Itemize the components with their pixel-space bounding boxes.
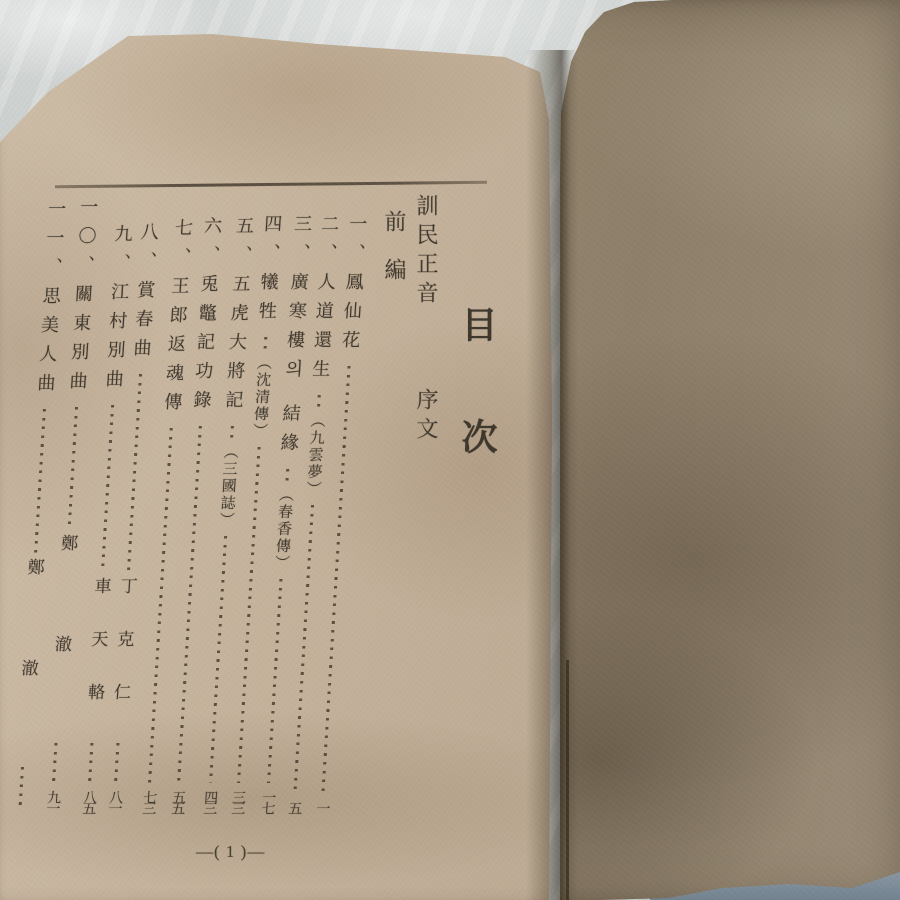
- entry-page-number: 五五: [166, 790, 187, 812]
- entry-page-number: 一七: [256, 790, 277, 812]
- dotted-leader: [263, 337, 267, 350]
- dotted-leader: [230, 426, 234, 439]
- entry-annotation: （九雲夢）: [302, 413, 328, 498]
- dotted-leader: [67, 407, 77, 529]
- entry-page-number: 四三: [198, 790, 219, 812]
- entry-annotation: （三國誌）: [215, 444, 241, 529]
- dotted-leader: [293, 505, 314, 794]
- entry-page-number: 八一: [103, 790, 124, 812]
- entry-title: 賞春曲: [127, 280, 158, 367]
- entry-number: 八、: [133, 222, 163, 280]
- dotted-leader: [100, 405, 113, 572]
- dotted-leader: [88, 743, 93, 783]
- entry-title: 兎鼈記功錄: [187, 274, 222, 419]
- dotted-leader: [18, 767, 23, 807]
- entry-number: 一一、: [38, 199, 69, 286]
- entry-number: 一、: [341, 214, 371, 272]
- entry-annotation: （沈清傳）: [249, 355, 275, 440]
- dotted-leader: [114, 743, 119, 783]
- entry-annotation: （春香傳）: [270, 487, 296, 572]
- entry-page-number: 五: [283, 801, 304, 812]
- entry-title: 思美人曲: [31, 286, 64, 402]
- entry-title: 鳳仙花: [336, 272, 367, 359]
- entry-page-number: 八五: [77, 790, 98, 812]
- dotted-leader: [267, 579, 283, 784]
- entry-number: 七、: [167, 218, 197, 276]
- entry-number: 四、: [256, 214, 286, 272]
- entry-number: 三、: [286, 214, 316, 272]
- entry-number: 六、: [196, 216, 226, 274]
- entry-page-number: 九一: [41, 790, 62, 812]
- book-photo: 目次 訓民正音 序文 前編 一、 鳳仙花 一 二、 人道還生 （九雲夢）: [0, 0, 900, 900]
- entry-title: 關東別曲: [63, 284, 96, 400]
- dotted-leader: [52, 743, 57, 783]
- entry-number: 二、: [313, 214, 343, 272]
- entry-page-number: 一: [311, 801, 332, 812]
- entry-page-number: 七三: [137, 790, 158, 812]
- toc-page-content: 目次 訓民正音 序文 前編 一、 鳳仙花 一 二、 人道還生 （九雲夢）: [0, 0, 900, 900]
- dotted-leader: [209, 536, 227, 783]
- dotted-leader: [34, 409, 46, 553]
- entry-number: 九、: [107, 224, 137, 282]
- footer-page-indicator: —( 1 )—: [196, 842, 265, 862]
- entry-title: 犧牲: [253, 272, 283, 330]
- dotted-leader: [316, 395, 320, 408]
- entry-number: 五、: [228, 216, 258, 274]
- toc-entries: 一、 鳳仙花 一 二、 人道還生 （九雲夢） 五 三、: [0, 0, 900, 900]
- entry-author: 鄭澈: [43, 534, 80, 736]
- dotted-leader: [126, 374, 141, 572]
- dotted-leader: [285, 469, 289, 482]
- entry-page-number: 三三: [226, 790, 247, 812]
- entry-number: 一〇、: [71, 197, 102, 284]
- entry-author: 鄭澈: [10, 558, 47, 760]
